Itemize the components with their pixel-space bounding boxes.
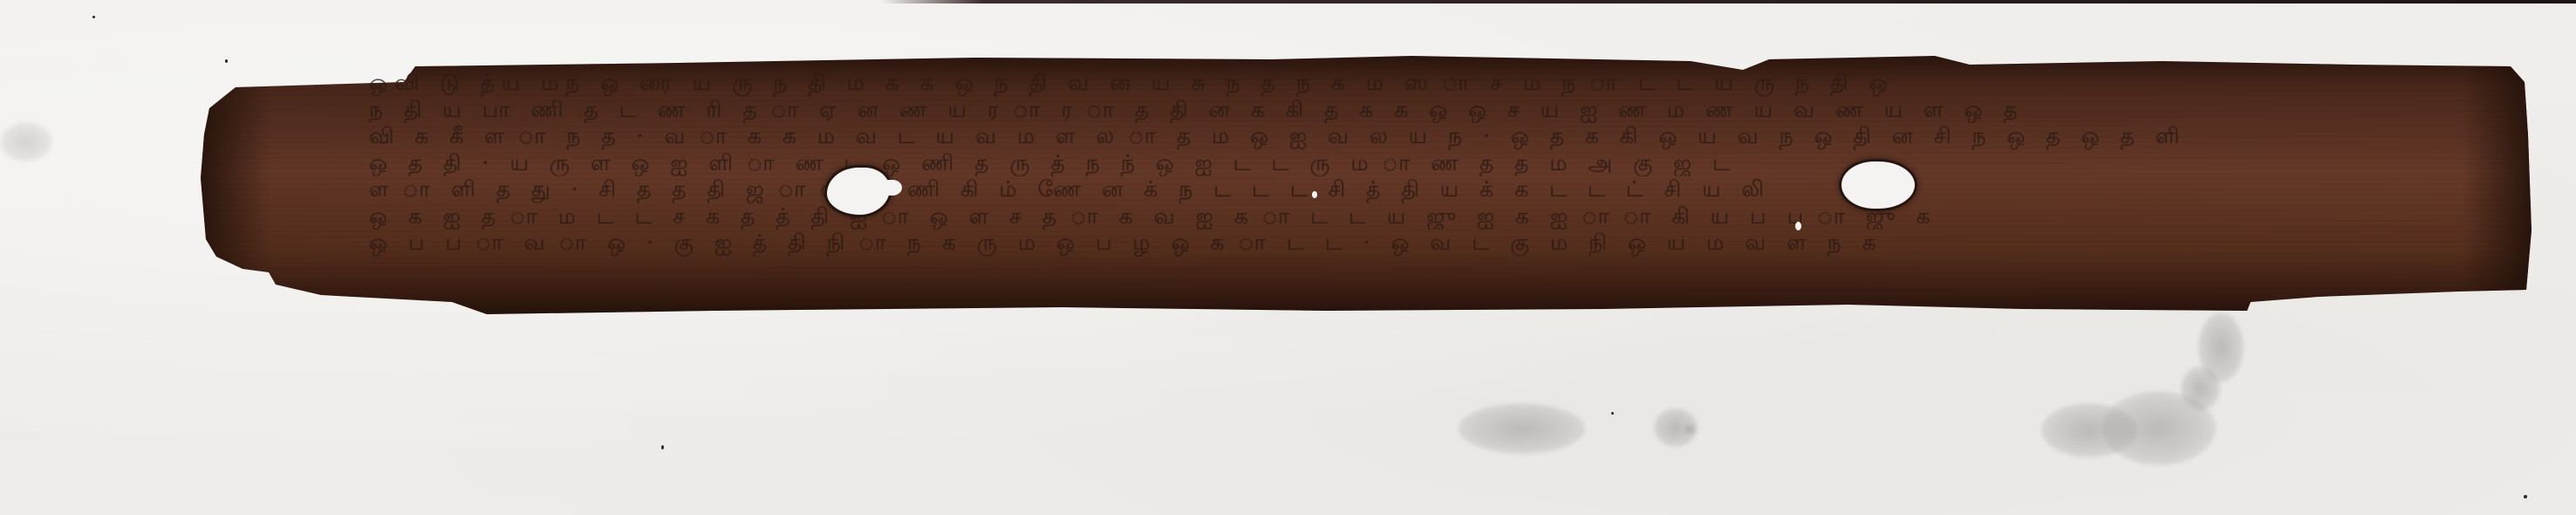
pinhole: [1312, 191, 1317, 198]
palm-leaf-manuscript: ஒவி டு த்ய மந ஒ ரை ய ரு ந தி ம க க ஒ ந த…: [190, 56, 2532, 314]
manuscript-text: ஒவி டு த்ய மந ஒ ரை ய ரு ந தி ம க க ஒ ந த…: [369, 70, 2410, 257]
binding-hole-right: [1841, 161, 1915, 209]
text-line-6: ஒ க ஐ த ா ம ட ட ச க த த் தி ஐ ா ஒ ள ச த …: [369, 203, 2410, 230]
dust-speck: [1611, 412, 1614, 415]
water-stain: [1459, 403, 1585, 454]
dust-speck: [661, 445, 664, 450]
text-line-5: ள ா ளி த து · சி த த தி ஜ ா ா ஒ ணி கி ம்…: [369, 176, 2410, 203]
dust-speck: [92, 16, 95, 18]
top-frame-edge: [881, 0, 2576, 3]
text-line-2: ந தி ய பா ணி த ட ண ரி த ா ஏ ன ண ய ர ா ர …: [369, 97, 2410, 124]
water-stain: [0, 122, 52, 161]
text-line-7: ஒ ப ப ா வ ா ஒ · கு ஐ த் தி நி ா ந க ரு ம…: [369, 230, 2410, 257]
text-line-3: வி க கீ ள ா ந த · வ ா க க ம வ ட ய வ ம ள …: [369, 123, 2410, 150]
water-stain: [1684, 424, 1696, 435]
text-line-1: ஒவி டு த்ய மந ஒ ரை ய ரு ந தி ம க க ஒ ந த…: [369, 70, 2410, 97]
water-stain: [2181, 367, 2220, 410]
dust-speck: [2524, 495, 2527, 498]
text-line-4: ஒ த தி · ய ரு ள ஒ ஐ ளி ா ண ட ஒ ணி த ரு த…: [369, 150, 2410, 177]
pinhole: [1795, 222, 1801, 230]
